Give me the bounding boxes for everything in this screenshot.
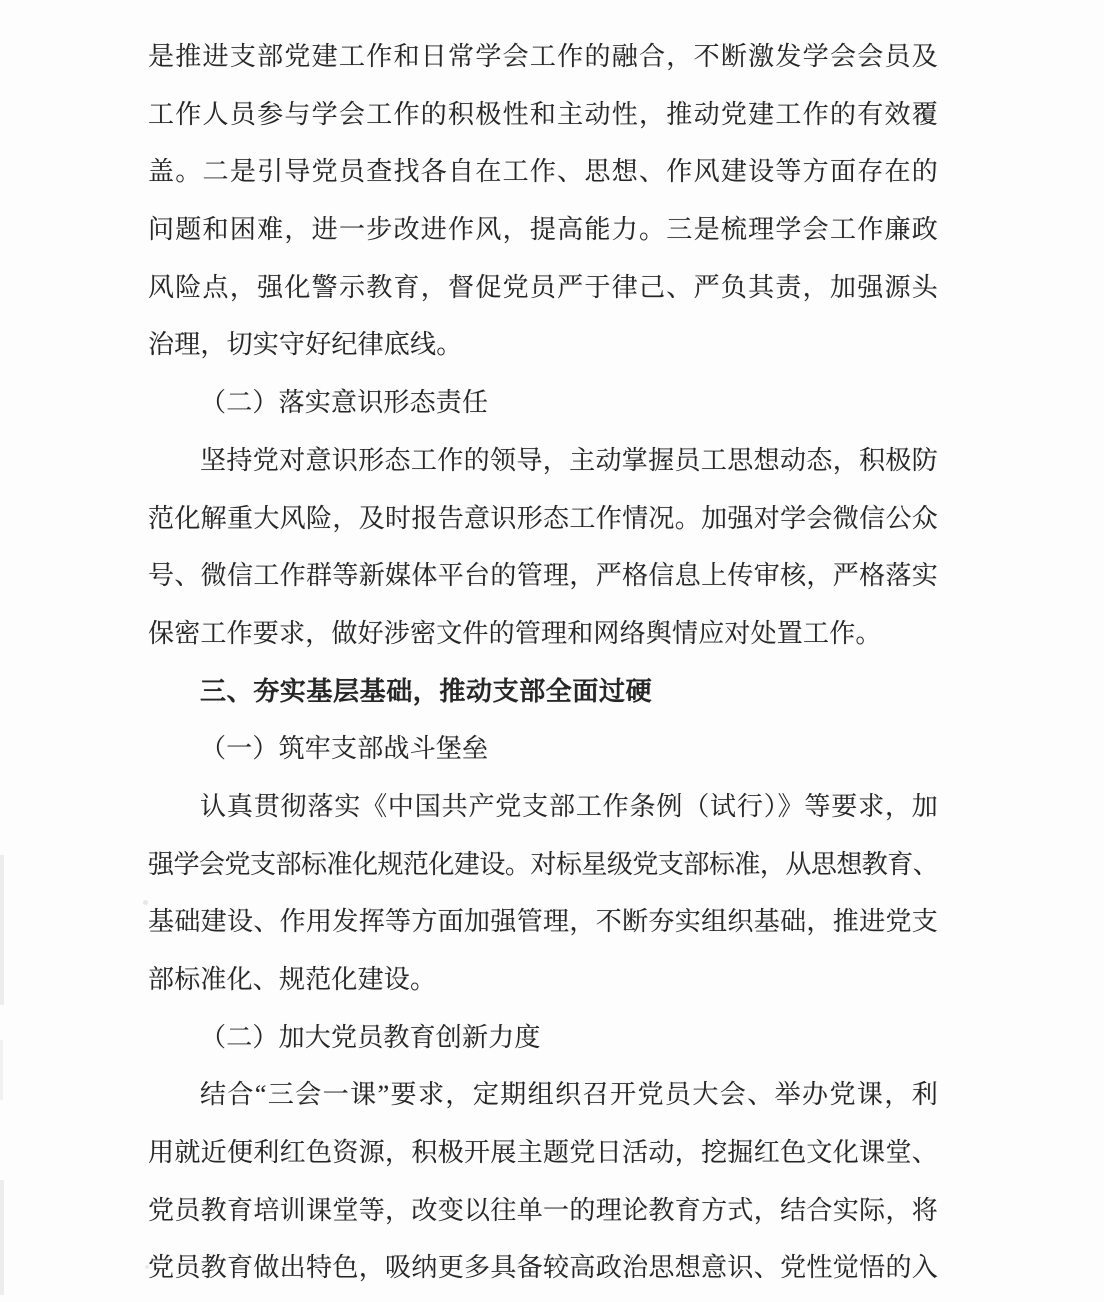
text-line: 号、微信工作群等新媒体平台的管理，严格信息上传审核，严格落实	[148, 547, 938, 605]
text-line: 结合“三会一课”要求，定期组织召开党员大会、举办党课，利	[148, 1066, 938, 1124]
text-line: 问题和困难，进一步改进作风，提高能力。三是梳理学会工作廉政	[148, 201, 938, 259]
text-line: 党员教育做出特色，吸纳更多具备较高政治思想意识、党性觉悟的入	[148, 1239, 938, 1297]
scan-edge-artifact	[0, 1040, 3, 1100]
subsection-heading: （二）加大党员教育创新力度	[148, 1009, 938, 1067]
scan-edge-artifact	[0, 855, 4, 1005]
document-text-block: 是推进支部党建工作和日常学会工作的融合，不断激发学会会员及 工作人员参与学会工作…	[148, 28, 938, 1297]
subsection-heading: （一）筑牢支部战斗堡垒	[148, 720, 938, 778]
text-line: 范化解重大风险，及时报告意识形态工作情况。加强对学会微信公众	[148, 490, 938, 548]
text-line: 党员教育培训课堂等，改变以往单一的理论教育方式，结合实际，将	[148, 1182, 938, 1240]
section-heading: 三、夯实基层基础，推动支部全面过硬	[148, 663, 938, 721]
text-line: 强学会党支部标准化规范化建设。对标星级党支部标准，从思想教育、	[148, 836, 938, 894]
text-line: 认真贯彻落实《中国共产党支部工作条例（试行）》等要求，加	[148, 778, 938, 836]
text-line: 工作人员参与学会工作的积极性和主动性，推动党建工作的有效覆	[148, 86, 938, 144]
text-line: 部标准化、规范化建设。	[148, 951, 938, 1009]
scan-edge-artifact	[0, 1180, 4, 1295]
subsection-heading: （二）落实意识形态责任	[148, 374, 938, 432]
text-line: 保密工作要求，做好涉密文件的管理和网络舆情应对处置工作。	[148, 605, 938, 663]
document-page: 是推进支部党建工作和日常学会工作的融合，不断激发学会会员及 工作人员参与学会工作…	[0, 0, 1104, 1302]
text-line: 坚持党对意识形态工作的领导，主动掌握员工思想动态，积极防	[148, 432, 938, 490]
text-line: 基础建设、作用发挥等方面加强管理，不断夯实组织基础，推进党支	[148, 893, 938, 951]
text-line: 是推进支部党建工作和日常学会工作的融合，不断激发学会会员及	[148, 28, 938, 86]
text-line: 治理，切实守好纪律底线。	[148, 316, 938, 374]
text-line: 用就近便利红色资源，积极开展主题党日活动，挖掘红色文化课堂、	[148, 1124, 938, 1182]
text-line: 风险点，强化警示教育，督促党员严于律己、严负其责，加强源头	[148, 259, 938, 317]
text-line: 盖。二是引导党员查找各自在工作、思想、作风建设等方面存在的	[148, 143, 938, 201]
